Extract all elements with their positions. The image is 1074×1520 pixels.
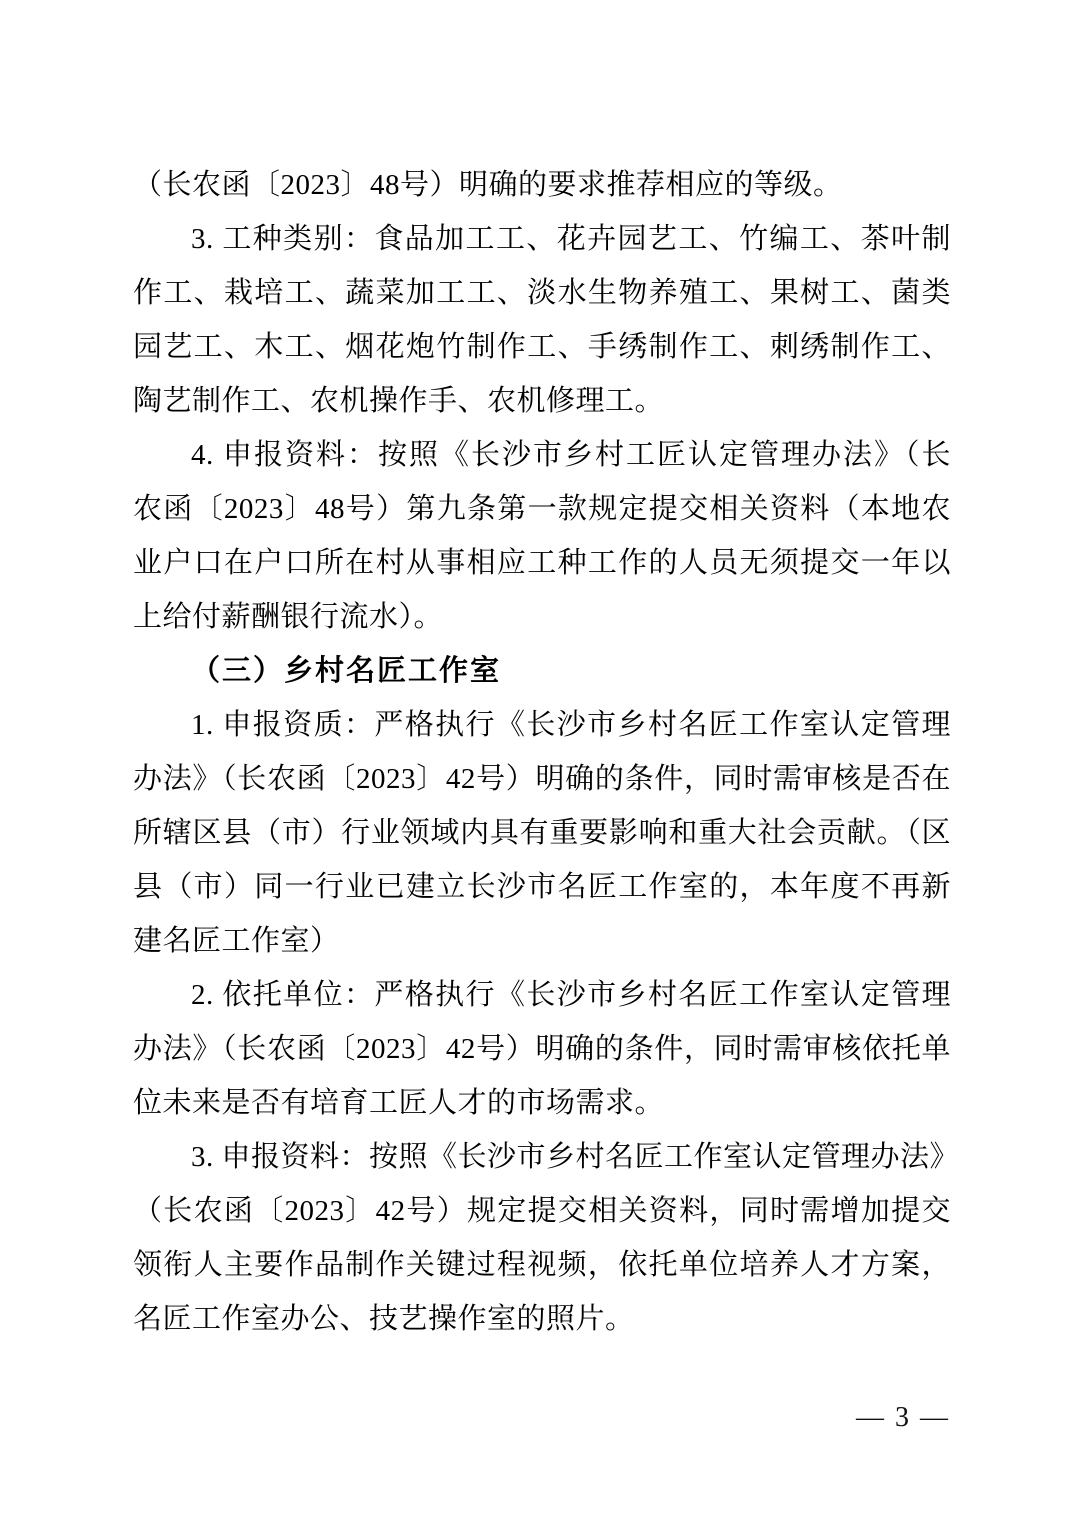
body-text-line: 陶艺制作工、农机操作手、农机修理工。: [133, 374, 951, 428]
paragraph-item-4-application-materials: 4. 申报资料：按照《长沙市乡村工匠认定管理办法》（长 农函〔2023〕48号）…: [133, 428, 951, 644]
body-text-line: 领衔人主要作品制作关键过程视频，依托单位培养人才方案，: [133, 1238, 951, 1292]
paragraph-item-1-qualification: 1. 申报资质：严格执行《长沙市乡村名匠工作室认定管理 办法》（长农函〔2023…: [133, 698, 951, 968]
body-text-line: 上给付薪酬银行流水）。: [133, 590, 951, 644]
document-page: （长农函〔2023〕48号）明确的要求推荐相应的等级。 3. 工种类别：食品加工…: [0, 0, 1074, 1520]
body-text-line: （长农函〔2023〕42号）规定提交相关资料，同时需增加提交: [133, 1184, 951, 1238]
body-text-line: 办法》（长农函〔2023〕42号）明确的条件，同时需审核依托单: [133, 1022, 951, 1076]
body-text-line: 建名匠工作室）: [133, 914, 951, 968]
paragraph-continuation: （长农函〔2023〕48号）明确的要求推荐相应的等级。: [133, 158, 951, 212]
body-text-line: 所辖区县（市）行业领域内具有重要影响和重大社会贡献。（区: [133, 806, 951, 860]
body-text-line: （长农函〔2023〕48号）明确的要求推荐相应的等级。: [133, 158, 951, 212]
body-text-line: 3. 工种类别：食品加工工、花卉园艺工、竹编工、茶叶制: [133, 212, 951, 266]
paragraph-item-2-supporting-unit: 2. 依托单位：严格执行《长沙市乡村名匠工作室认定管理 办法》（长农函〔2023…: [133, 968, 951, 1130]
body-text-line: 3. 申报资料：按照《长沙市乡村名匠工作室认定管理办法》: [133, 1130, 951, 1184]
body-text-line: 业户口在户口所在村从事相应工种工作的人员无须提交一年以: [133, 536, 951, 590]
body-text-line: 名匠工作室办公、技艺操作室的照片。: [133, 1292, 951, 1346]
section-heading: （三）乡村名匠工作室: [133, 644, 951, 698]
page-number: — 3 —: [856, 1398, 950, 1438]
body-text-line: 2. 依托单位：严格执行《长沙市乡村名匠工作室认定管理: [133, 968, 951, 1022]
body-text-line: 4. 申报资料：按照《长沙市乡村工匠认定管理办法》（长: [133, 428, 951, 482]
section-heading-container: （三）乡村名匠工作室: [133, 644, 951, 698]
body-text-line: 作工、栽培工、蔬菜加工工、淡水生物养殖工、果树工、菌类: [133, 266, 951, 320]
body-text-line: 园艺工、木工、烟花炮竹制作工、手绣制作工、刺绣制作工、: [133, 320, 951, 374]
body-text-line: 位未来是否有培育工匠人才的市场需求。: [133, 1076, 951, 1130]
paragraph-item-3-job-categories: 3. 工种类别：食品加工工、花卉园艺工、竹编工、茶叶制 作工、栽培工、蔬菜加工工…: [133, 212, 951, 428]
body-text-line: 办法》（长农函〔2023〕42号）明确的条件，同时需审核是否在: [133, 752, 951, 806]
paragraph-item-3-materials: 3. 申报资料：按照《长沙市乡村名匠工作室认定管理办法》 （长农函〔2023〕4…: [133, 1130, 951, 1346]
document-body: （长农函〔2023〕48号）明确的要求推荐相应的等级。 3. 工种类别：食品加工…: [133, 158, 951, 1346]
body-text-line: 县（市）同一行业已建立长沙市名匠工作室的，本年度不再新: [133, 860, 951, 914]
body-text-line: 1. 申报资质：严格执行《长沙市乡村名匠工作室认定管理: [133, 698, 951, 752]
body-text-line: 农函〔2023〕48号）第九条第一款规定提交相关资料（本地农: [133, 482, 951, 536]
